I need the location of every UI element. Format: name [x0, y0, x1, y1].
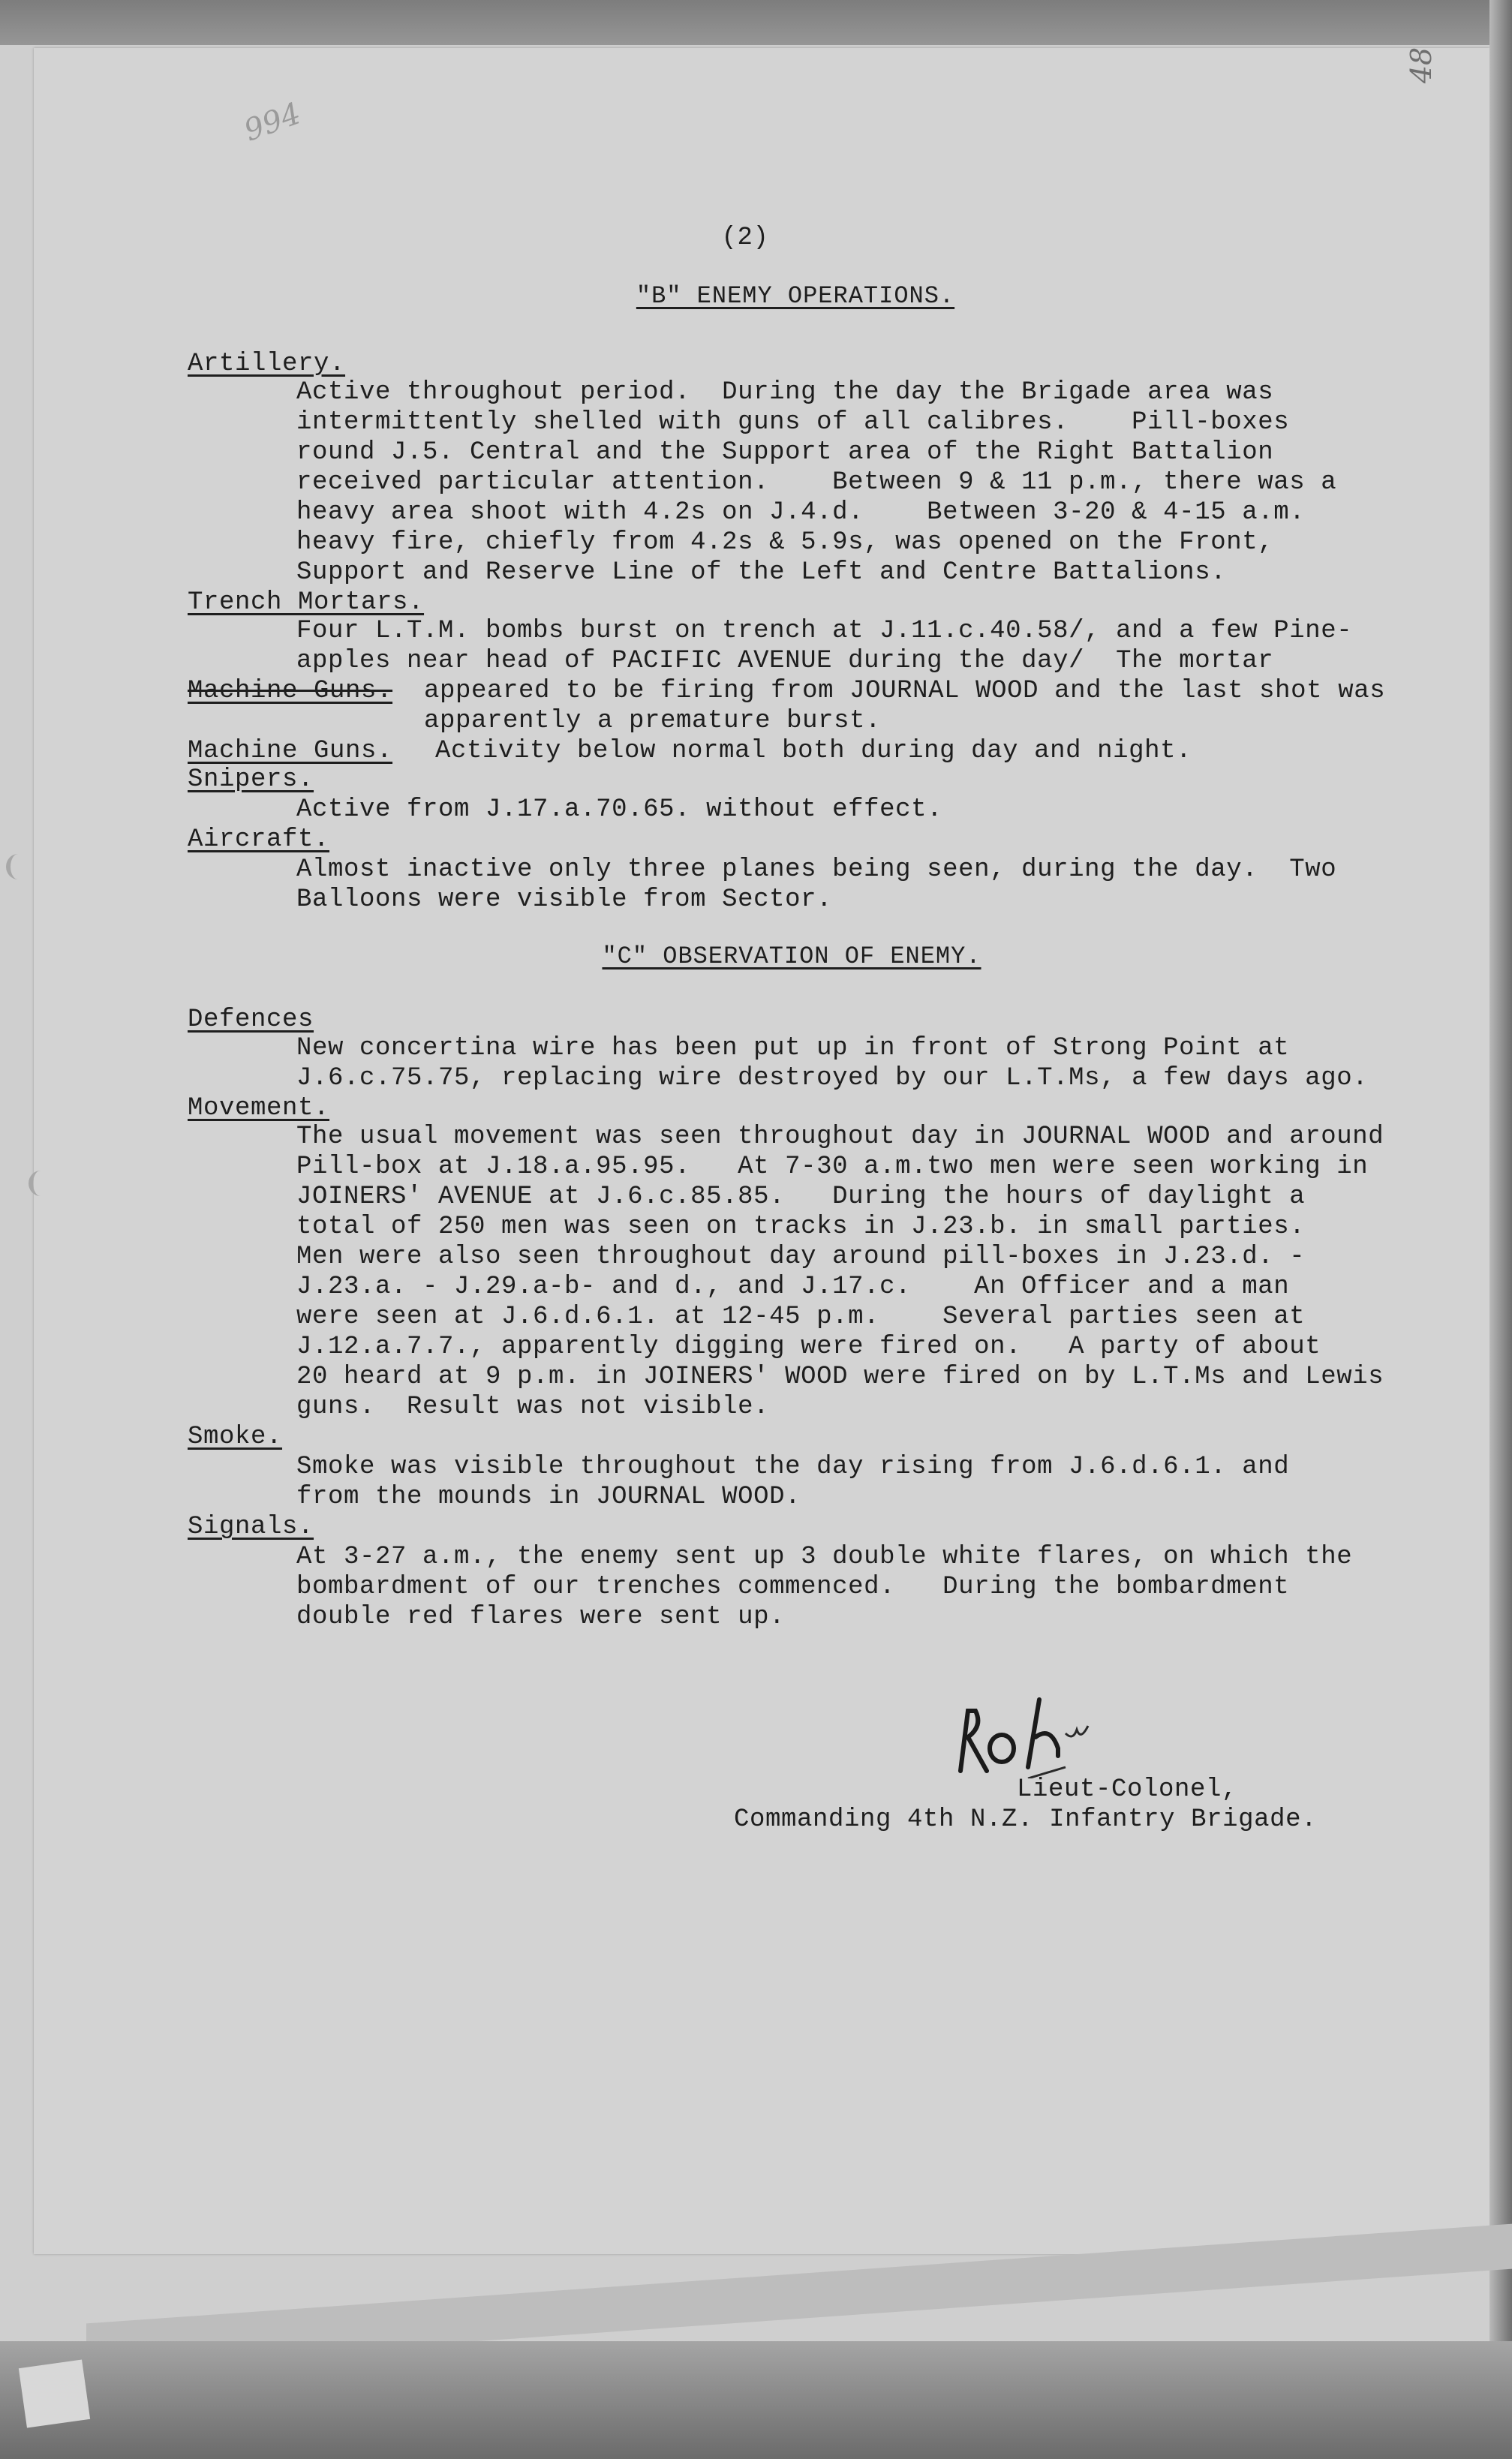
heading-snipers: Snipers. [188, 765, 314, 794]
body-line: Support and Reserve Line of the Left and… [296, 558, 1226, 587]
body-line: Activity below normal both during day an… [435, 737, 1192, 765]
pencil-page-number: 48 [1405, 47, 1438, 83]
body-line: J.12.a.7.7., apparently digging were fir… [296, 1333, 1321, 1361]
heading-smoke: Smoke. [188, 1423, 282, 1451]
heading-signals: Signals. [188, 1513, 314, 1541]
page-right-edge [1489, 0, 1512, 2459]
bottom-card [19, 2359, 90, 2427]
heading-movement: Movement. [188, 1094, 329, 1123]
handwritten-signature-icon [945, 1696, 1171, 1778]
body-line: total of 250 men was seen on tracks in J… [296, 1213, 1305, 1241]
signatory-title: Commanding 4th N.Z. Infantry Brigade. [734, 1805, 1317, 1834]
background-bottom [0, 2341, 1512, 2459]
body-line: intermittently shelled with guns of all … [296, 408, 1289, 437]
body-line: Active from J.17.a.70.65. without effect… [296, 795, 942, 824]
section-b-title: "B" ENEMY OPERATIONS. [636, 282, 954, 311]
body-line: appeared to be firing from JOURNAL WOOD … [424, 677, 1385, 705]
body-line: heavy fire, chiefly from 4.2s & 5.9s, wa… [296, 528, 1273, 557]
body-line: Pill-box at J.18.a.95.95. At 7-30 a.m.tw… [296, 1153, 1368, 1181]
body-line: Four L.T.M. bombs burst on trench at J.1… [296, 617, 1352, 645]
page-number: (2) [721, 224, 768, 252]
body-line: Balloons were visible from Sector. [296, 885, 832, 914]
body-line: received particular attention. Between 9… [296, 468, 1336, 497]
body-line: bombardment of our trenches commenced. D… [296, 1573, 1289, 1601]
section-c-title: "C" OBSERVATION OF ENEMY. [602, 942, 981, 971]
heading-aircraft: Aircraft. [188, 825, 329, 854]
body-line: apples near head of PACIFIC AVENUE durin… [296, 647, 1273, 675]
body-line: from the mounds in JOURNAL WOOD. [296, 1483, 801, 1511]
body-line: guns. Result was not visible. [296, 1393, 769, 1421]
body-line: JOINERS' AVENUE at J.6.c.85.85. During t… [296, 1183, 1305, 1211]
body-line: heavy area shoot with 4.2s on J.4.d. Bet… [296, 498, 1305, 527]
heading-machine-guns: Machine Guns. [188, 737, 392, 765]
body-line: were seen at J.6.d.6.1. at 12-45 p.m. Se… [296, 1303, 1305, 1331]
punch-hole-mark [6, 854, 30, 879]
body-line: At 3-27 a.m., the enemy sent up 3 double… [296, 1543, 1352, 1571]
body-line: J.23.a. - J.29.a-b- and d., and J.17.c. … [296, 1273, 1289, 1301]
body-line: Smoke was visible throughout the day ris… [296, 1453, 1289, 1481]
body-line: Men were also seen throughout day around… [296, 1243, 1305, 1271]
body-line: The usual movement was seen throughout d… [296, 1123, 1384, 1151]
heading-artillery: Artillery. [188, 350, 345, 378]
body-line: 20 heard at 9 p.m. in JOINERS' WOOD were… [296, 1363, 1384, 1391]
body-line: round J.5. Central and the Support area … [296, 438, 1273, 467]
punch-hole-mark [29, 1171, 53, 1196]
signatory-rank: Lieut-Colonel, [1017, 1775, 1237, 1804]
body-line: Active throughout period. During the day… [296, 378, 1273, 407]
heading-struck-machine-guns: Machine Guns. [188, 677, 392, 705]
body-line: New concertina wire has been put up in f… [296, 1034, 1289, 1063]
body-line: apparently a premature burst. [424, 707, 881, 735]
body-line: J.6.c.75.75, replacing wire destroyed by… [296, 1064, 1368, 1093]
body-line: Almost inactive only three planes being … [296, 855, 1336, 884]
body-line: double red flares were sent up. [296, 1603, 785, 1631]
heading-trench-mortars: Trench Mortars. [188, 588, 424, 617]
heading-defences: Defences [188, 1006, 314, 1034]
